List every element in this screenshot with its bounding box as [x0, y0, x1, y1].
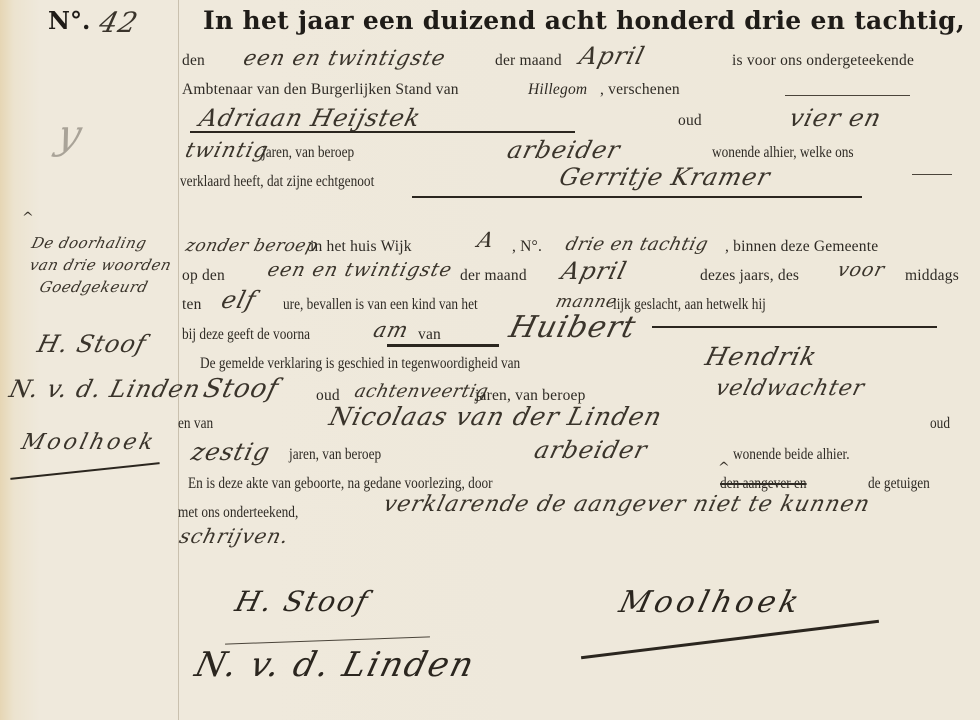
text-verschenen: , verschenen [600, 81, 680, 99]
text-binnen-gemeente: , binnen deze Gemeente [725, 238, 878, 256]
text-is-voor-ons: is voor ons ondergeteekende [732, 52, 914, 70]
text-der-maand: der maand [495, 52, 562, 70]
margin-note-line-3: Goedgekeurd [38, 278, 150, 296]
hand-am: am [371, 318, 411, 342]
mother-name-underline [412, 196, 862, 198]
hand-schrijven: schrijven. [177, 524, 292, 548]
number-label: N°. [48, 6, 90, 35]
text-jaren-beroep: jaren, van beroep [262, 144, 354, 162]
father-name-underline [190, 131, 575, 133]
text-op-den: op den [182, 267, 225, 285]
margin-signature-linden: N. v. d. Linden [7, 375, 204, 403]
text-en-van: en van [178, 415, 213, 433]
certificate-number: 42 [96, 6, 142, 39]
text-in-het-huis: in het huis Wijk [310, 238, 412, 256]
child-name-underline [387, 344, 499, 347]
text-wonende-beide: wonende beide alhier. [733, 446, 850, 464]
signature-official-flourish [581, 620, 879, 660]
text-ambtenaar: Ambtenaar van den Burgerlijken Stand van [182, 81, 459, 99]
margin-note-line-1: De doorhaling [30, 234, 149, 252]
text-oud-3: oud [930, 415, 950, 433]
hand-house-number: drie en tachtig [563, 234, 710, 255]
hand-witness2-age: zestig [189, 438, 274, 466]
page-title: In het jaar een duizend acht honderd dri… [203, 6, 965, 35]
margin-note-line-2: van drie woorden [28, 256, 174, 274]
text-wonende-alhier: wonende alhier, welke ons [712, 144, 854, 162]
caret-mark-2: ^ [718, 460, 730, 476]
hand-mother-name: Gerritje Kramer [557, 163, 774, 191]
hand-witness1-last: Stoof [200, 374, 282, 404]
signature-official: Moolhoek [616, 585, 806, 620]
hand-birth-day: een en twintigste [265, 259, 455, 281]
dash-line [912, 174, 952, 175]
hand-hour: elf [219, 286, 260, 314]
text-en-is-deze-akte: En is deze akte van geboorte, na gedane … [188, 475, 493, 493]
hand-witness1-occupation: veldwachter [713, 376, 868, 401]
hand-mother-occupation: zonder beroep [184, 236, 320, 256]
hand-birth-month: April [559, 257, 631, 285]
text-bevallen: ure, bevallen is van een kind van het [283, 296, 478, 314]
hand-gender: manne [554, 292, 620, 312]
signature-witness-1-underline [225, 636, 430, 644]
text-jaren-beroep-3: jaren, van beroep [289, 446, 381, 464]
struck-text: den aangever en [720, 475, 807, 493]
place-name: Hillegom [528, 81, 587, 99]
text-no: , N°. [512, 238, 542, 256]
text-verklaard: verklaard heeft, dat zijne echtgenoot [180, 173, 374, 191]
text-gemelde-verklaring: De gemelde verklaring is geschied in teg… [200, 355, 520, 373]
document-page: N°. 42 y ^ De doorhaling van drie woorde… [0, 0, 980, 720]
blank-line [785, 95, 910, 96]
hand-witness2-name: Nicolaas van der Linden [326, 402, 665, 431]
margin-signature-flourish [10, 462, 159, 480]
text-met-ons: met ons onderteekend, [178, 504, 298, 522]
text-den: den [182, 52, 205, 70]
hand-witness1-first: Hendrik [702, 342, 820, 371]
hand-declaration: verklarende de aangever niet te kunnen [381, 492, 873, 517]
hand-date-day: een en twintigste [241, 46, 449, 70]
signature-witness-2: N. v. d. Linden [191, 645, 479, 685]
hand-father-occupation: arbeider [505, 136, 624, 164]
margin-signature-stoof: H. Stoof [35, 330, 150, 358]
pencil-mark: y [52, 112, 87, 158]
hand-wijk: A [475, 228, 497, 252]
text-de-getuigen: de getuigen [868, 475, 930, 493]
hand-child-name: Huibert [506, 310, 640, 345]
text-voornaam: bij deze geeft de voorna [182, 326, 310, 344]
text-oud: oud [678, 112, 702, 130]
signature-witness-1: H. Stoof [232, 585, 373, 618]
text-van: van [418, 326, 441, 344]
hand-date-month: April [577, 42, 649, 70]
text-middags: middags [905, 267, 959, 285]
hand-age-part2: twintig [183, 138, 271, 162]
hand-witness1-age: achtenveertig [352, 381, 490, 402]
caret-mark: ^ [22, 210, 34, 226]
hand-age-part1: vier en [787, 104, 885, 132]
hand-witness2-occupation: arbeider [532, 436, 651, 464]
text-dezes-jaars: dezes jaars, des [700, 267, 799, 285]
text-ten: ten [182, 296, 202, 314]
margin-signature-official: Moolhoek [19, 430, 159, 455]
text-der-maand-2: der maand [460, 267, 527, 285]
hand-father-name: Adriaan Heijstek [197, 104, 424, 132]
child-name-line [652, 326, 937, 328]
margin-rule [178, 0, 179, 720]
hand-voor: voor [835, 259, 887, 281]
